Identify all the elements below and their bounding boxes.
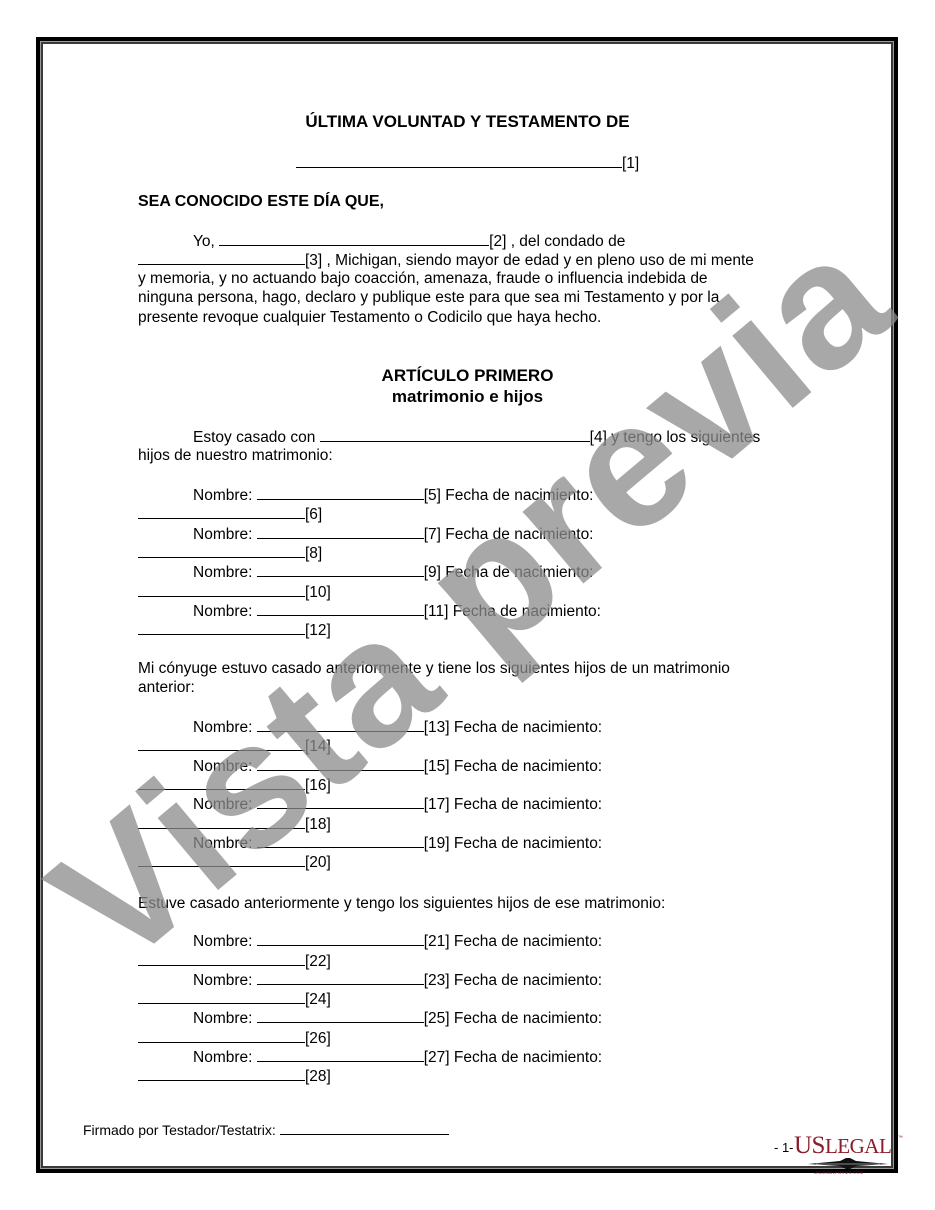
field-number: [8] — [305, 545, 322, 562]
field-number: [28] — [305, 1068, 331, 1085]
birth-label: Fecha de nacimiento: — [454, 1049, 602, 1066]
field-number: [12] — [305, 622, 331, 639]
child-name-blank[interactable] — [257, 524, 424, 539]
logo-trademark: ™ — [898, 1135, 903, 1141]
birth-row: [6] — [138, 504, 322, 524]
birth-row: [18] — [138, 814, 331, 834]
name-label: Nombre: — [193, 603, 252, 620]
field-number: [11] — [424, 603, 449, 620]
field-number: [26] — [305, 1030, 331, 1047]
name-label: Nombre: — [193, 758, 252, 775]
field-number: [14] — [305, 738, 331, 755]
intro-line-2-text: [3] , Michigan, siendo mayor de edad y e… — [305, 252, 754, 269]
field-number: [17] — [424, 796, 450, 813]
birth-row: [12] — [138, 620, 331, 640]
child-row: Nombre: [9] Fecha de nacimiento: — [193, 562, 594, 582]
field-number: [23] — [424, 972, 450, 989]
name-label: Nombre: — [193, 487, 252, 504]
signature-blank[interactable] — [280, 1122, 449, 1135]
field-number: [27] — [424, 1049, 450, 1066]
article-heading: ARTÍCULO PRIMERO — [0, 366, 935, 385]
child-row: Nombre: [11] Fecha de nacimiento: — [193, 601, 601, 621]
signature-row: Firmado por Testador/Testatrix: — [83, 1121, 449, 1140]
child-name-blank[interactable] — [257, 1047, 424, 1062]
birth-row: [10] — [138, 582, 331, 602]
intro-line-4: ninguna persona, hago, declaro y publiqu… — [138, 288, 719, 307]
birth-label: Fecha de nacimiento: — [454, 972, 602, 989]
spouse-prior-line-2: anterior: — [138, 678, 195, 697]
birthdate-blank[interactable] — [138, 504, 305, 519]
intro-line-2: [3] , Michigan, siendo mayor de edad y e… — [138, 250, 754, 270]
field-number: [10] — [305, 584, 331, 601]
child-row: Nombre: [17] Fecha de nacimiento: — [193, 794, 602, 814]
child-row: Nombre: [19] Fecha de nacimiento: — [193, 833, 602, 853]
field-number: [22] — [305, 953, 331, 970]
uslegal-logo[interactable]: USLEGAL ™ USLEGALFORMS.COM — [794, 1133, 902, 1179]
intro-heading: SEA CONOCIDO ESTE DÍA QUE, — [138, 192, 384, 211]
birth-row: [14] — [138, 736, 331, 756]
birthdate-blank[interactable] — [138, 1028, 305, 1043]
married-line-1: Estoy casado con [4] y tengo los siguien… — [193, 427, 760, 447]
birth-label: Fecha de nacimiento: — [453, 603, 601, 620]
child-row: Nombre: [15] Fecha de nacimiento: — [193, 756, 602, 776]
spouse-name-blank[interactable] — [320, 427, 590, 442]
name-label: Nombre: — [193, 933, 252, 950]
birth-label: Fecha de nacimiento: — [454, 1010, 602, 1027]
field-number: [15] — [424, 758, 450, 775]
birth-label: Fecha de nacimiento: — [445, 564, 593, 581]
birth-label: Fecha de nacimiento: — [445, 487, 593, 504]
child-name-blank[interactable] — [257, 931, 424, 946]
birthdate-blank[interactable] — [138, 852, 305, 867]
field-number: [5] — [424, 487, 441, 504]
birth-row: [8] — [138, 543, 322, 563]
birthdate-blank[interactable] — [138, 951, 305, 966]
title-field[interactable]: [1] — [296, 153, 639, 173]
birth-label: Fecha de nacimiento: — [454, 835, 602, 852]
logo-legal: LEGAL — [825, 1134, 891, 1158]
birth-row: [22] — [138, 951, 331, 971]
child-row: Nombre: [5] Fecha de nacimiento: — [193, 485, 594, 505]
field-number: [6] — [305, 506, 322, 523]
child-row: Nombre: [25] Fecha de nacimiento: — [193, 1008, 602, 1028]
birth-label: Fecha de nacimiento: — [454, 719, 602, 736]
birthdate-blank[interactable] — [138, 775, 305, 790]
birthdate-blank[interactable] — [138, 620, 305, 635]
name-label: Nombre: — [193, 719, 252, 736]
child-name-blank[interactable] — [257, 717, 424, 732]
birth-label: Fecha de nacimiento: — [454, 796, 602, 813]
name-label: Nombre: — [193, 796, 252, 813]
child-name-blank[interactable] — [257, 601, 424, 616]
birth-label: Fecha de nacimiento: — [454, 933, 602, 950]
name-label: Nombre: — [193, 972, 252, 989]
intro-field-2: [2] , del condado de — [489, 233, 625, 250]
birth-row: [20] — [138, 852, 331, 872]
child-row: Nombre: [23] Fecha de nacimiento: — [193, 970, 602, 990]
field-number: [7] — [424, 526, 441, 543]
name-label: Nombre: — [193, 835, 252, 852]
field-number: [20] — [305, 854, 331, 871]
birthdate-blank[interactable] — [138, 989, 305, 1004]
testator-name-blank[interactable] — [219, 231, 489, 246]
logo-us: US — [794, 1132, 825, 1159]
birth-row: [28] — [138, 1066, 331, 1086]
child-name-blank[interactable] — [257, 485, 424, 500]
document-title: ÚLTIMA VOLUNTAD Y TESTAMENTO DE — [0, 112, 935, 131]
intro-prefix: Yo, — [193, 233, 215, 250]
logo-subtext: USLEGALFORMS.COM — [814, 1170, 864, 1175]
name-label: Nombre: — [193, 1010, 252, 1027]
child-name-blank[interactable] — [257, 794, 424, 809]
self-prior-line: Estuve casado anteriormente y tengo los … — [138, 894, 665, 913]
field-number: [13] — [424, 719, 450, 736]
birth-row: [24] — [138, 989, 331, 1009]
field-number: [19] — [424, 835, 450, 852]
child-row: Nombre: [21] Fecha de nacimiento: — [193, 931, 602, 951]
married-line-2: hijos de nuestro matrimonio: — [138, 446, 333, 465]
birthdate-blank[interactable] — [138, 543, 305, 558]
intro-line-1: Yo, [2] , del condado de — [193, 231, 625, 251]
title-blank[interactable] — [296, 153, 622, 168]
name-label: Nombre: — [193, 1049, 252, 1066]
field-number: [9] — [424, 564, 441, 581]
birthdate-blank[interactable] — [138, 814, 305, 829]
field-number: [21] — [424, 933, 450, 950]
eagle-icon — [806, 1158, 890, 1170]
birthdate-blank[interactable] — [138, 1066, 305, 1081]
signature-label: Firmado por Testador/Testatrix: — [83, 1122, 276, 1138]
child-name-blank[interactable] — [257, 1008, 424, 1023]
birth-row: [26] — [138, 1028, 331, 1048]
field-number: [24] — [305, 991, 331, 1008]
intro-line-3: y memoria, y no actuando bajo coacción, … — [138, 269, 708, 288]
birthdate-blank[interactable] — [138, 736, 305, 751]
child-row: Nombre: [13] Fecha de nacimiento: — [193, 717, 602, 737]
field-number: [18] — [305, 816, 331, 833]
birthdate-blank[interactable] — [138, 582, 305, 597]
married-prefix: Estoy casado con — [193, 429, 315, 446]
birth-row: [16] — [138, 775, 331, 795]
child-name-blank[interactable] — [257, 833, 424, 848]
field-number: [16] — [305, 777, 331, 794]
child-name-blank[interactable] — [257, 970, 424, 985]
child-row: Nombre: [27] Fecha de nacimiento: — [193, 1047, 602, 1067]
child-row: Nombre: [7] Fecha de nacimiento: — [193, 524, 594, 544]
logo-wordmark: USLEGAL — [794, 1133, 902, 1159]
child-name-blank[interactable] — [257, 756, 424, 771]
intro-line-5: presente revoque cualquier Testamento o … — [138, 308, 601, 327]
county-blank[interactable] — [138, 250, 305, 265]
spouse-prior-line-1: Mi cónyuge estuvo casado anteriormente y… — [138, 659, 730, 678]
title-field-number: [1] — [622, 155, 639, 172]
name-label: Nombre: — [193, 564, 252, 581]
birth-label: Fecha de nacimiento: — [445, 526, 593, 543]
name-label: Nombre: — [193, 526, 252, 543]
field-number: [25] — [424, 1010, 450, 1027]
page-number: - 1- — [774, 1138, 794, 1157]
child-name-blank[interactable] — [257, 562, 424, 577]
article-subheading: matrimonio e hijos — [0, 387, 935, 406]
birth-label: Fecha de nacimiento: — [454, 758, 602, 775]
married-suffix: [4] y tengo los siguientes — [590, 429, 761, 446]
